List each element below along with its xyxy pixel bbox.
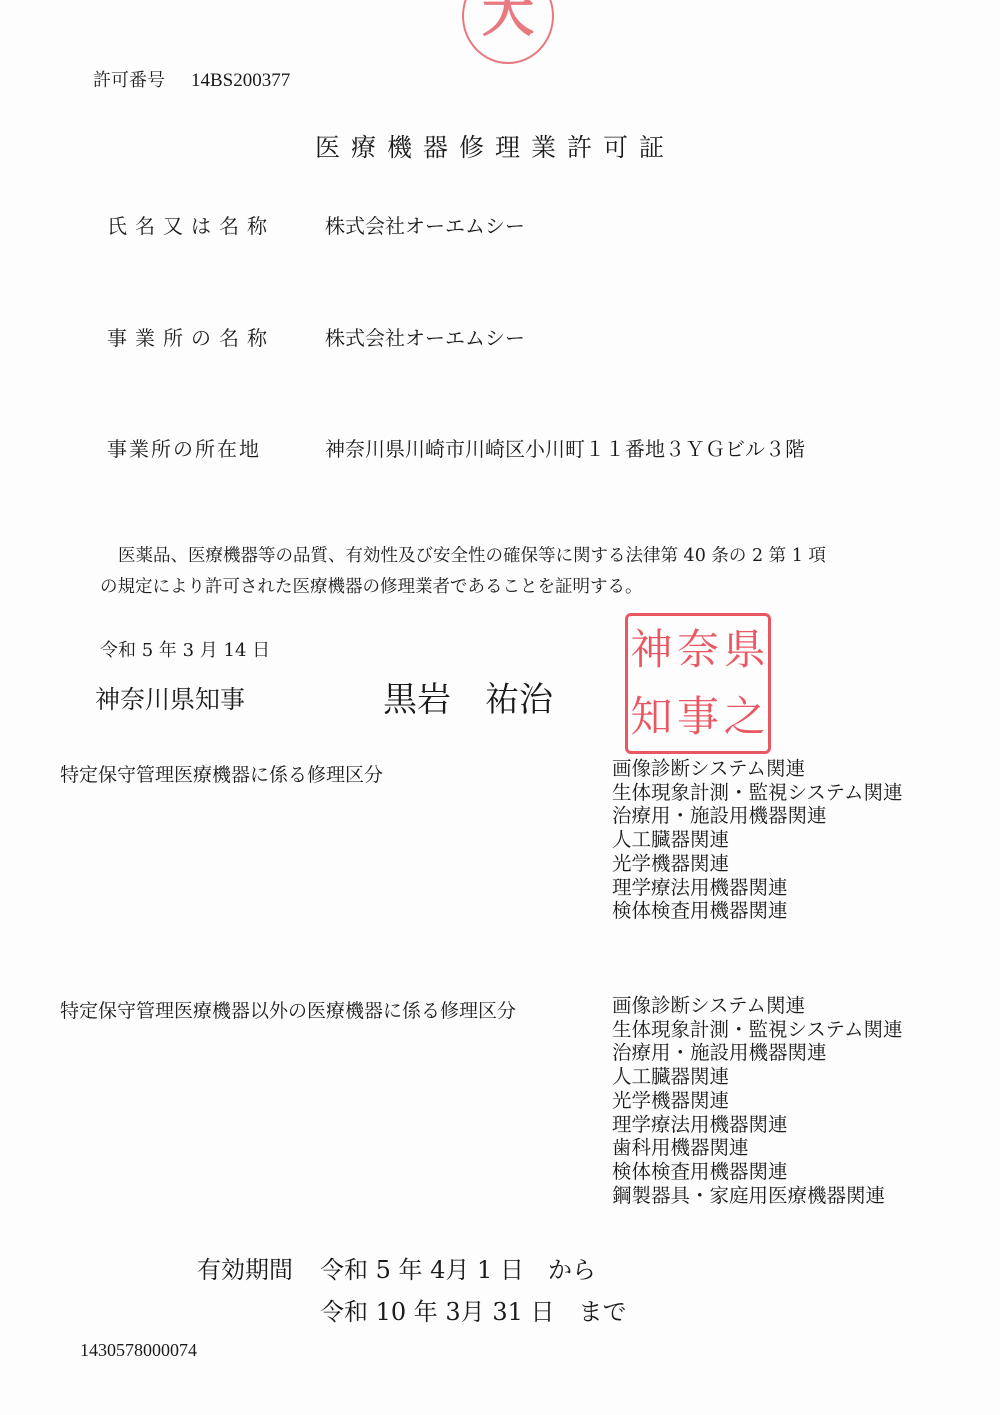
field-value-office-address: 神奈川県川崎市川崎区小川町１１番地３ＹＧビル３階 xyxy=(325,433,805,462)
certification-line-2: の規定により許可された医療機器の修理業者であることを証明する。 xyxy=(100,573,643,598)
list-item: 光学機器関連 xyxy=(612,1089,903,1113)
field-value-office-name: 株式会社オーエムシー xyxy=(325,322,525,351)
seal-char: 知 xyxy=(628,696,675,738)
field-label-office-name: 事業所の名称 xyxy=(107,322,275,351)
validity-from: 令和 5 年 4月 1 日 から xyxy=(320,1250,596,1285)
list-item: 検体検査用機器関連 xyxy=(612,899,903,923)
certification-line-1: 医薬品、医療機器等の品質、有効性及び安全性の確保等に関する法律第 40 条の 2… xyxy=(118,542,826,567)
field-value-name: 株式会社オーエムシー xyxy=(325,210,525,239)
issuer-name: 黒岩 祐治 xyxy=(383,672,553,721)
category-list-other: 画像診断システム関連 生体現象計測・監視システム関連 治療用・施設用機器関連 人… xyxy=(612,994,903,1207)
list-item: 人工臓器関連 xyxy=(612,1065,903,1089)
field-label-name: 氏名又は名称 xyxy=(107,210,275,239)
list-item: 光学機器関連 xyxy=(612,852,903,876)
page-title: 医療機器修理業許可証 xyxy=(315,128,675,164)
seal-char: 神 xyxy=(628,629,675,671)
seal-char: 県 xyxy=(721,629,768,671)
list-item: 理学療法用機器関連 xyxy=(612,876,903,900)
seal-char: 奈 xyxy=(675,629,722,671)
list-item: 治療用・施設用機器関連 xyxy=(612,1041,903,1065)
list-item: 画像診断システム関連 xyxy=(612,757,903,781)
list-item: 画像診断システム関連 xyxy=(612,994,903,1018)
seal-char: 之 xyxy=(721,696,768,738)
top-seal: 大 xyxy=(462,0,554,64)
validity-label: 有効期間 xyxy=(197,1250,293,1285)
list-item: 検体検査用機器関連 xyxy=(612,1160,903,1184)
permit-number: 14BS200377 xyxy=(191,70,290,91)
issue-date: 令和 5 年 3 月 14 日 xyxy=(100,636,270,662)
list-item: 鋼製器具・家庭用医療機器関連 xyxy=(612,1184,903,1208)
seal-char: 事 xyxy=(675,696,722,738)
list-item: 人工臓器関連 xyxy=(612,828,903,852)
document-number: 1430578000074 xyxy=(80,1340,197,1361)
validity-to: 令和 10 年 3月 31 日 まで xyxy=(320,1292,627,1327)
list-item: 生体現象計測・監視システム関連 xyxy=(612,781,903,805)
category-list-maintenance: 画像診断システム関連 生体現象計測・監視システム関連 治療用・施設用機器関連 人… xyxy=(612,757,903,923)
permit-label: 許可番号 xyxy=(93,70,165,91)
issuer-title: 神奈川県知事 xyxy=(95,680,245,716)
list-item: 治療用・施設用機器関連 xyxy=(612,804,903,828)
permit-number-line: 許可番号14BS200377 xyxy=(93,66,290,92)
list-item: 歯科用機器関連 xyxy=(612,1136,903,1160)
category-label-other: 特定保守管理医療機器以外の医療機器に係る修理区分 xyxy=(60,996,516,1023)
top-seal-glyph: 大 xyxy=(464,0,552,40)
list-item: 生体現象計測・監視システム関連 xyxy=(612,1018,903,1042)
list-item: 理学療法用機器関連 xyxy=(612,1113,903,1137)
field-label-office-address: 事業所の所在地 xyxy=(107,433,261,462)
governor-seal: 神 奈 県 知 事 之 xyxy=(625,613,771,754)
category-label-maintenance: 特定保守管理医療機器に係る修理区分 xyxy=(60,760,383,787)
